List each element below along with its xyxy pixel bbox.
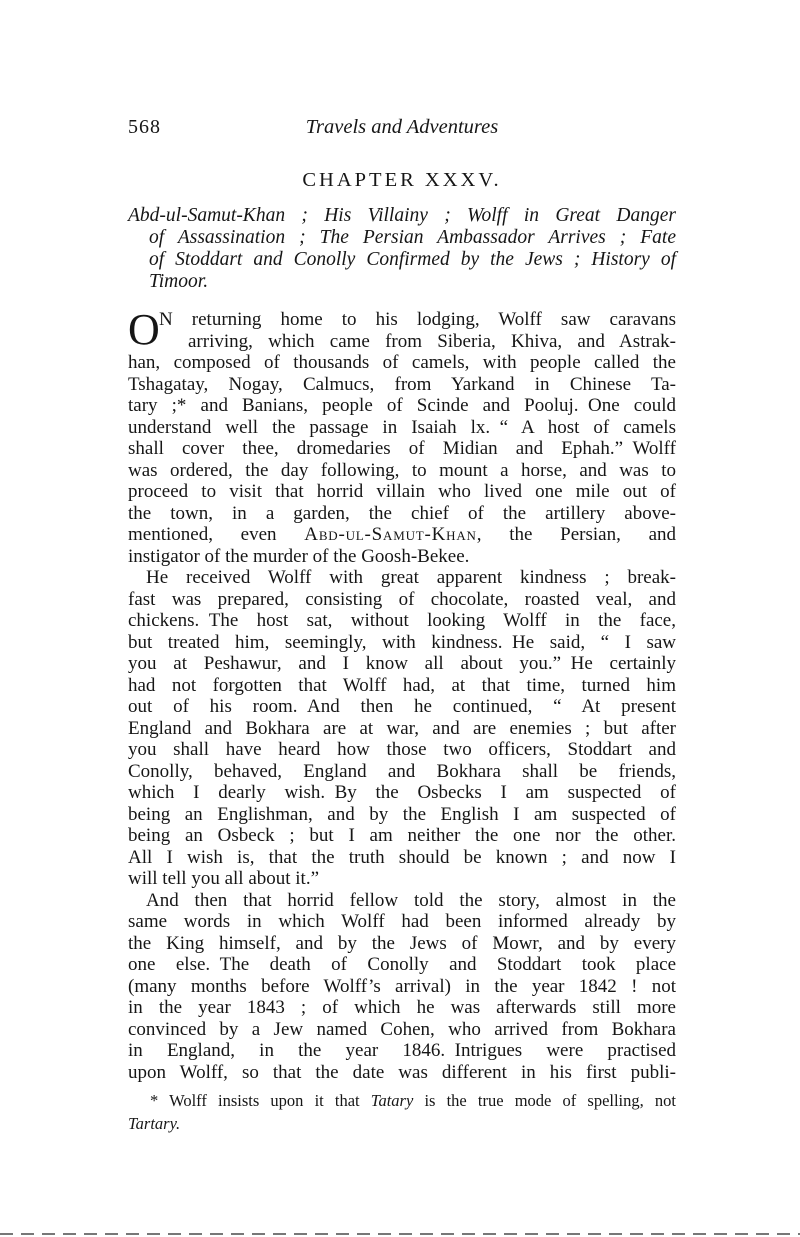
text-run: And then that horrid fellow told the sto… xyxy=(146,890,676,911)
text-line: chickens. The host sat, without looking … xyxy=(128,610,676,632)
text-run: in the year 1843 ; of which he was after… xyxy=(128,997,676,1018)
text-run: All I wish is, that the truth should be … xyxy=(128,847,676,868)
text-line: being an Englishman, and by the English … xyxy=(128,804,676,826)
text-run: proceed to visit that horrid villain who… xyxy=(128,481,676,502)
text-run: He received Wolff with great apparent ki… xyxy=(146,567,676,588)
text-line: proceed to visit that horrid villain who… xyxy=(128,481,676,503)
text-line: had not forgotten that Wolff had, at tha… xyxy=(128,675,676,697)
text-run: instigator of the murder of the Goosh-Be… xyxy=(128,546,469,567)
scan-edge-artifact xyxy=(0,1233,800,1235)
text-run: * Wolff insists upon it that xyxy=(150,1091,371,1110)
page-body: ON returning home to his lodging, Wolff … xyxy=(128,309,676,1083)
text-line: you shall have heard how those two offic… xyxy=(128,739,676,761)
text-line: in the year 1843 ; of which he was after… xyxy=(128,997,676,1019)
text-run: will tell you all about it.” xyxy=(128,868,319,889)
page-header: 568 Travels and Adventures xyxy=(128,116,676,142)
text-run: being an Osbeck ; but I am neither the o… xyxy=(128,825,676,846)
text-line: All I wish is, that the truth should be … xyxy=(128,847,676,869)
text-line: understand well the passage in Isaiah lx… xyxy=(128,417,676,439)
text-line: England and Bokhara are at war, and are … xyxy=(128,718,676,740)
text-line: Tshagatay, Nogay, Calmucs, from Yarkand … xyxy=(128,374,676,396)
text-line: fast was prepared, consisting of chocola… xyxy=(128,589,676,611)
text-run: in England, in the year 1846. Intrigues … xyxy=(128,1040,676,1061)
text-run: fast was prepared, consisting of chocola… xyxy=(128,589,676,610)
chapter-summary: Abd-ul-Samut-Khan ; His Villainy ; Wolff… xyxy=(128,205,676,293)
text-line: convinced by a Jew named Cohen, who arri… xyxy=(128,1019,676,1041)
text-line: which I dearly wish. By the Osbecks I am… xyxy=(128,782,676,804)
text-line: will tell you all about it.” xyxy=(128,868,676,890)
text-run: you at Peshawur, and I know all about yo… xyxy=(128,653,676,674)
text-line: out of his room. And then he continued, … xyxy=(128,696,676,718)
text-run: han, composed of thousands of camels, wi… xyxy=(128,352,676,373)
book-page: 568 Travels and Adventures CHAPTER XXXV.… xyxy=(0,0,800,1237)
text-line: tary ;* and Banians, people of Scinde an… xyxy=(128,395,676,417)
text-line: in England, in the year 1846. Intrigues … xyxy=(128,1040,676,1062)
text-run: same words in which Wolff had been infor… xyxy=(128,911,676,932)
text-run: Conolly, behaved, England and Bokhara sh… xyxy=(128,761,676,782)
text-line: And then that horrid fellow told the sto… xyxy=(128,890,676,912)
text-line: He received Wolff with great apparent ki… xyxy=(128,567,676,589)
text-run: mentioned, even xyxy=(128,524,304,545)
text-run: of Stoddart and Conolly Confirmed by the… xyxy=(149,249,676,270)
text-line: arriving, which came from Siberia, Khiva… xyxy=(128,331,676,353)
running-title: Travels and Adventures xyxy=(128,116,676,139)
text-run: (many months before Wolff’s arrival) in … xyxy=(128,976,676,997)
text-line: but treated him, seemingly, with kindnes… xyxy=(128,632,676,654)
text-line: was ordered, the day following, to mount… xyxy=(128,460,676,482)
text-line: (many months before Wolff’s arrival) in … xyxy=(128,976,676,998)
text-run: shall cover thee, dromedaries of Midian … xyxy=(128,438,676,459)
text-line: you at Peshawur, and I know all about yo… xyxy=(128,653,676,675)
text-line: one else. The death of Conolly and Stodd… xyxy=(128,954,676,976)
text-line: Timoor. xyxy=(128,271,676,293)
text-run: N returning home to his lodging, Wolff s… xyxy=(159,309,676,330)
text-line: Abd-ul-Samut-Khan ; His Villainy ; Wolff… xyxy=(128,205,676,227)
text-line: of Stoddart and Conolly Confirmed by the… xyxy=(128,249,676,271)
text-run: , the Persian, and xyxy=(477,524,676,545)
italic-text: Tatary xyxy=(371,1091,414,1110)
text-run: the King himself, and by the Jews of Mow… xyxy=(128,933,676,954)
text-run: had not forgotten that Wolff had, at tha… xyxy=(128,675,676,696)
text-run: but treated him, seemingly, with kindnes… xyxy=(128,632,676,653)
text-run: England and Bokhara are at war, and are … xyxy=(128,718,676,739)
drop-cap: O xyxy=(128,308,160,352)
text-line: same words in which Wolff had been infor… xyxy=(128,911,676,933)
text-run: is the true mode of spelling, not xyxy=(413,1091,676,1110)
text-line: mentioned, even Abd-ul-Samut-Khan, the P… xyxy=(128,524,676,546)
text-line: han, composed of thousands of camels, wi… xyxy=(128,352,676,374)
chapter-heading: CHAPTER XXXV. xyxy=(128,169,676,192)
text-run: chickens. The host sat, without looking … xyxy=(128,610,676,631)
text-run: tary ;* and Banians, people of Scinde an… xyxy=(128,395,676,416)
text-run: the town, in a garden, the chief of the … xyxy=(128,503,676,524)
text-run: understand well the passage in Isaiah lx… xyxy=(128,417,676,438)
paragraph: ON returning home to his lodging, Wolff … xyxy=(128,309,676,567)
text-line: the King himself, and by the Jews of Mow… xyxy=(128,933,676,955)
text-line: instigator of the murder of the Goosh-Be… xyxy=(128,546,676,568)
text-line: Tartary. xyxy=(128,1112,676,1135)
text-line: N returning home to his lodging, Wolff s… xyxy=(128,309,676,331)
footnote: * Wolff insists upon it that Tatary is t… xyxy=(128,1089,676,1135)
text-run: you shall have heard how those two offic… xyxy=(128,739,676,760)
text-run: being an Englishman, and by the English … xyxy=(128,804,676,825)
paragraph: And then that horrid fellow told the sto… xyxy=(128,890,676,1084)
text-line: the town, in a garden, the chief of the … xyxy=(128,503,676,525)
text-run: Timoor. xyxy=(149,271,208,292)
paragraph: He received Wolff with great apparent ki… xyxy=(128,567,676,890)
text-line: * Wolff insists upon it that Tatary is t… xyxy=(128,1089,676,1112)
text-run: upon Wolff, so that the date was differe… xyxy=(128,1062,676,1083)
text-run: which I dearly wish. By the Osbecks I am… xyxy=(128,782,676,803)
text-run: out of his room. And then he continued, … xyxy=(128,696,676,717)
text-run: convinced by a Jew named Cohen, who arri… xyxy=(128,1019,676,1040)
text-run: of Assassination ; The Persian Ambassado… xyxy=(149,227,676,248)
text-line: being an Osbeck ; but I am neither the o… xyxy=(128,825,676,847)
text-run: Tshagatay, Nogay, Calmucs, from Yarkand … xyxy=(128,374,676,395)
text-line: of Assassination ; The Persian Ambassado… xyxy=(128,227,676,249)
small-caps-name: Abd-ul-Samut-Khan xyxy=(304,524,476,545)
text-line: shall cover thee, dromedaries of Midian … xyxy=(128,438,676,460)
text-run: one else. The death of Conolly and Stodd… xyxy=(128,954,676,975)
text-line: upon Wolff, so that the date was differe… xyxy=(128,1062,676,1084)
text-line: Conolly, behaved, England and Bokhara sh… xyxy=(128,761,676,783)
text-run: Abd-ul-Samut-Khan ; His Villainy ; Wolff… xyxy=(128,205,676,226)
text-run: was ordered, the day following, to mount… xyxy=(128,460,676,481)
text-run: arriving, which came from Siberia, Khiva… xyxy=(188,331,676,352)
italic-text: Tartary. xyxy=(128,1114,180,1133)
